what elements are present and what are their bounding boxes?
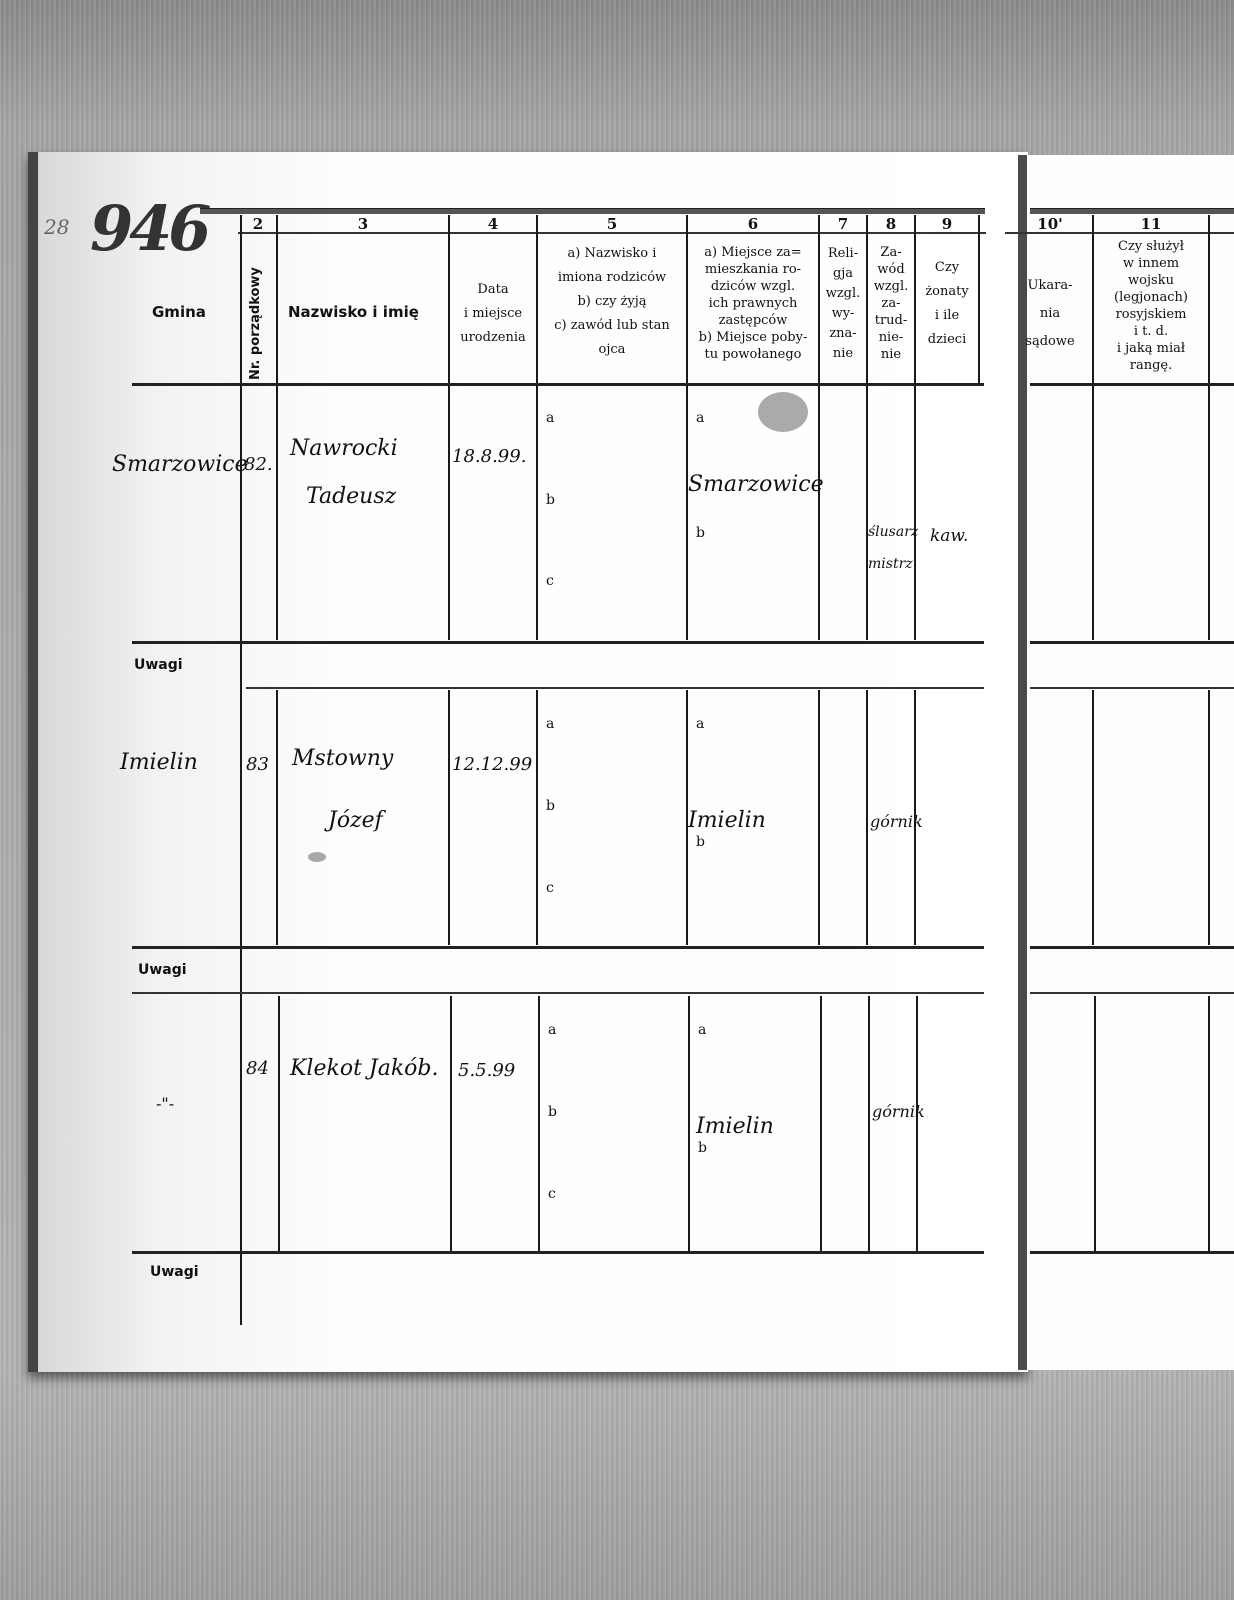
header-line: imiona rodziców bbox=[538, 266, 686, 290]
row1-divider bbox=[818, 385, 820, 640]
header-line: mieszkania ro- bbox=[688, 261, 818, 278]
sub-label-c: c bbox=[546, 880, 554, 896]
header-bottom-rule-right bbox=[1030, 383, 1234, 386]
header-nr-porzadkowy: Nr. porządkowy bbox=[248, 267, 263, 380]
row1-divider-right bbox=[1092, 385, 1094, 640]
header-line: ich prawnych bbox=[688, 295, 818, 312]
header-line: Czy bbox=[916, 256, 978, 280]
header-line: ojca bbox=[538, 338, 686, 362]
sub-label-a: a bbox=[696, 410, 704, 426]
sub-label-a: a bbox=[548, 1022, 556, 1038]
row3-bottom-rule-right bbox=[1030, 1251, 1234, 1254]
remarks-label: Uwagi bbox=[150, 1264, 199, 1280]
col-divider-11-end-header bbox=[1208, 215, 1210, 383]
row1-divider bbox=[448, 385, 450, 640]
col-divider-4-5-header bbox=[536, 215, 538, 383]
header-line: rosyjskiem bbox=[1095, 306, 1207, 323]
header-rodzice: a) Nazwisko i imiona rodziców b) czy żyj… bbox=[538, 242, 686, 362]
cell-occupation: mistrz bbox=[868, 556, 913, 572]
cell-residence: Imielin bbox=[688, 808, 766, 833]
row3-divider bbox=[278, 996, 280, 1251]
cell-given-name: Tadeusz bbox=[306, 484, 396, 509]
cell-nr: 84 bbox=[246, 1058, 269, 1079]
col-divider-10-11-header bbox=[1092, 215, 1094, 383]
archive-prefix: 28 bbox=[44, 215, 69, 239]
top-rule-right bbox=[1030, 208, 1234, 214]
header-line: w innem bbox=[1095, 255, 1207, 272]
row3-divider bbox=[450, 996, 452, 1251]
row2-bottom-rule-right bbox=[1030, 946, 1234, 949]
ink-stain bbox=[758, 392, 808, 432]
header-line: (legjonach) bbox=[1095, 289, 1207, 306]
header-line: zna- bbox=[820, 324, 866, 344]
header-line: dziców wzgl. bbox=[688, 278, 818, 295]
header-line: wzgl. bbox=[868, 278, 914, 295]
header-data-urodzenia: Data i miejsce urodzenia bbox=[450, 278, 536, 350]
column-number-7: 7 bbox=[820, 215, 866, 233]
header-line: i ile bbox=[916, 304, 978, 328]
gmina-separator bbox=[240, 215, 242, 1325]
header-line: Za- bbox=[868, 244, 914, 261]
row3-divider-right bbox=[1208, 996, 1210, 1251]
header-gmina: Gmina bbox=[152, 303, 206, 321]
header-bottom-rule bbox=[132, 383, 984, 386]
header-nazwisko-imie: Nazwisko i imię bbox=[288, 303, 419, 321]
header-miejsce-zamieszkania: a) Miejsce za= mieszkania ro- dziców wzg… bbox=[688, 244, 818, 363]
cell-surname: Mstowny bbox=[292, 746, 393, 771]
row1-divider bbox=[866, 385, 868, 640]
row2-divider bbox=[866, 690, 868, 945]
row3-bottom-rule bbox=[132, 1251, 984, 1254]
cell-nr: 83 bbox=[246, 754, 269, 775]
uwagi2-bottom-rule bbox=[132, 992, 984, 994]
column-number-4: 4 bbox=[450, 215, 536, 233]
cell-gmina: -"- bbox=[156, 1094, 174, 1113]
cell-occupation: górnik bbox=[870, 812, 923, 831]
cell-gmina: Imielin bbox=[120, 750, 198, 775]
cell-birth-date: 18.8.99. bbox=[452, 446, 526, 467]
cell-birth-date: 12.12.99 bbox=[452, 754, 532, 775]
header-line: b) czy żyją bbox=[538, 290, 686, 314]
row1-divider bbox=[536, 385, 538, 640]
header-line: a) Miejsce za= bbox=[688, 244, 818, 261]
row2-divider bbox=[818, 690, 820, 945]
col-divider-3-4-header bbox=[448, 215, 450, 383]
header-ukarania: Ukara- nia sądowe bbox=[1010, 272, 1090, 356]
ink-stain bbox=[308, 852, 326, 862]
row2-divider bbox=[536, 690, 538, 945]
header-line: żonaty bbox=[916, 280, 978, 304]
row1-bottom-rule-right bbox=[1030, 641, 1234, 644]
column-number-3: 3 bbox=[278, 215, 448, 233]
header-line: trud- bbox=[868, 312, 914, 329]
column-number-11: 11 bbox=[1095, 215, 1207, 233]
header-line: b) Miejsce poby- bbox=[688, 329, 818, 346]
sub-label-b: b bbox=[696, 834, 705, 850]
header-zawod: Za- wód wzgl. za- trud- nie- nie bbox=[868, 244, 914, 363]
sub-label-a: a bbox=[696, 716, 704, 732]
header-line: dzieci bbox=[916, 328, 978, 352]
cell-married: kaw. bbox=[930, 526, 968, 546]
col-divider-7-8-header bbox=[866, 215, 868, 383]
cell-occupation: ślusarz bbox=[868, 524, 918, 540]
header-line: tu powołanego bbox=[688, 346, 818, 363]
cell-given-name: Józef bbox=[328, 808, 383, 833]
header-sluzba-wojskowa: Czy służył w innem wojsku (legjonach) ro… bbox=[1095, 238, 1207, 374]
col-divider-6-7-header bbox=[818, 215, 820, 383]
sub-label-c: c bbox=[546, 573, 554, 589]
header-religia: Reli- gja wzgl. wy- zna- nie bbox=[820, 244, 866, 364]
uwagi2-bottom-rule-right bbox=[1030, 992, 1234, 994]
cell-residence: Imielin bbox=[696, 1114, 774, 1139]
header-line: a) Nazwisko i bbox=[538, 242, 686, 266]
header-line: wzgl. bbox=[820, 284, 866, 304]
cell-residence: Smarzowice bbox=[688, 472, 824, 497]
header-line: wód bbox=[868, 261, 914, 278]
row2-divider-right bbox=[1208, 690, 1210, 945]
row1-divider bbox=[276, 385, 278, 640]
row3-divider bbox=[868, 996, 870, 1251]
header-line: nie bbox=[868, 346, 914, 363]
sub-label-c: c bbox=[548, 1186, 556, 1202]
archive-number: 946 bbox=[90, 192, 207, 265]
col-divider-2-3-header bbox=[276, 215, 278, 383]
col-divider-5-6-header bbox=[686, 215, 688, 383]
cell-surname: Nawrocki bbox=[290, 436, 398, 461]
header-line: Data bbox=[450, 278, 536, 302]
cell-occupation: górnik bbox=[872, 1102, 925, 1121]
sub-label-a: a bbox=[698, 1022, 706, 1038]
column-number-8: 8 bbox=[868, 215, 914, 233]
sub-label-b: b bbox=[696, 525, 705, 541]
column-number-5: 5 bbox=[538, 215, 686, 233]
header-line: i miejsce bbox=[450, 302, 536, 326]
uwagi1-bottom-rule bbox=[246, 687, 984, 689]
header-line: zastępców bbox=[688, 312, 818, 329]
row2-bottom-rule bbox=[132, 946, 984, 949]
sub-label-a: a bbox=[546, 410, 554, 426]
column-number-2: 2 bbox=[240, 215, 276, 233]
header-line: rangę. bbox=[1095, 357, 1207, 374]
header-line: i t. d. bbox=[1095, 323, 1207, 340]
sub-label-b: b bbox=[548, 1104, 557, 1120]
header-zonaty: Czy żonaty i ile dzieci bbox=[916, 256, 978, 352]
row3-divider bbox=[688, 996, 690, 1251]
row1-divider-right bbox=[1208, 385, 1210, 640]
sub-label-a: a bbox=[546, 716, 554, 732]
cell-nr: 82. bbox=[244, 454, 273, 475]
header-line: gja bbox=[820, 264, 866, 284]
column-number-9: 9 bbox=[916, 215, 978, 233]
column-number-10: 10' bbox=[1010, 215, 1090, 233]
col-divider-8-9-header bbox=[914, 215, 916, 383]
remarks-label: Uwagi bbox=[134, 657, 183, 673]
row3-divider-right bbox=[1094, 996, 1096, 1251]
row1-divider bbox=[686, 385, 688, 640]
cell-birth-date: 5.5.99 bbox=[458, 1060, 515, 1081]
header-line: Czy służył bbox=[1095, 238, 1207, 255]
row3-divider bbox=[820, 996, 822, 1251]
header-line: i jaką miał bbox=[1095, 340, 1207, 357]
top-rule bbox=[200, 208, 985, 214]
cell-gmina: Smarzowice bbox=[112, 452, 248, 477]
row1-bottom-rule bbox=[132, 641, 984, 644]
header-line: wy- bbox=[820, 304, 866, 324]
header-line: nia bbox=[1010, 300, 1090, 328]
row3-divider bbox=[538, 996, 540, 1251]
remarks-label: Uwagi bbox=[138, 962, 187, 978]
row2-divider bbox=[276, 690, 278, 945]
row3-divider bbox=[916, 996, 918, 1251]
cell-surname: Klekot Jakób. bbox=[290, 1056, 439, 1081]
header-line: za- bbox=[868, 295, 914, 312]
header-line: sądowe bbox=[1010, 328, 1090, 356]
header-line: wojsku bbox=[1095, 272, 1207, 289]
sub-label-b: b bbox=[698, 1140, 707, 1156]
header-line: c) zawód lub stan bbox=[538, 314, 686, 338]
row2-divider-right bbox=[1092, 690, 1094, 945]
header-line: urodzenia bbox=[450, 326, 536, 350]
col-divider-9-end-header bbox=[978, 215, 980, 383]
column-number-6: 6 bbox=[688, 215, 818, 233]
row2-divider bbox=[448, 690, 450, 945]
sub-label-b: b bbox=[546, 492, 555, 508]
header-line: nie- bbox=[868, 329, 914, 346]
sub-label-b: b bbox=[546, 798, 555, 814]
uwagi1-bottom-rule-right bbox=[1030, 687, 1234, 689]
header-line: nie bbox=[820, 344, 866, 364]
header-line: Reli- bbox=[820, 244, 866, 264]
row1-divider bbox=[914, 385, 916, 640]
header-line: Ukara- bbox=[1010, 272, 1090, 300]
